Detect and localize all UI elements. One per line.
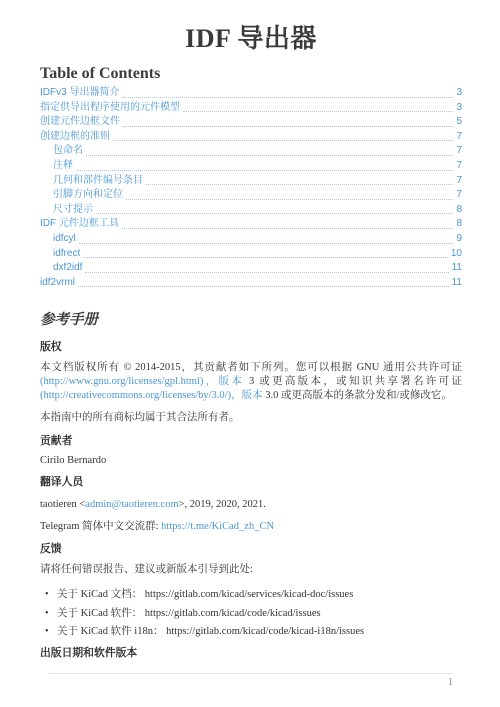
toc-dots bbox=[123, 126, 453, 127]
toc-entry-link[interactable]: dxf2idf bbox=[53, 261, 82, 276]
trademark-note: 本指南中的所有商标均属于其合法所有者。 bbox=[40, 411, 462, 425]
toc-entry-link[interactable]: 注释 bbox=[53, 159, 73, 174]
toc-list: IDFv3 导出器简介3指定供导出程序使用的元件模型3创建元件边框文件5创建边框… bbox=[40, 86, 462, 290]
document-page: IDF 导出器 Table of Contents IDFv3 导出器简介3指定… bbox=[0, 0, 500, 707]
publication-heading: 出版日期和软件版本 bbox=[40, 647, 462, 660]
contributors-heading: 贡献者 bbox=[40, 435, 462, 448]
toc-entry[interactable]: idfcyl9 bbox=[40, 232, 462, 247]
toc-entry-link[interactable]: idfcyl bbox=[53, 232, 76, 247]
toc-page-number[interactable]: 8 bbox=[456, 217, 462, 232]
text-segment: Telegram 简体中文交流群: bbox=[40, 521, 161, 532]
toc-entry[interactable]: 尺寸提示8 bbox=[40, 203, 462, 218]
toc-page-number[interactable]: 7 bbox=[456, 188, 462, 203]
toc-dots bbox=[122, 228, 454, 229]
toc-page-number[interactable]: 7 bbox=[456, 130, 462, 145]
toc-page-number[interactable]: 9 bbox=[456, 232, 462, 247]
toc-dots bbox=[86, 155, 453, 156]
toc-heading: Table of Contents bbox=[40, 64, 462, 83]
toc-entry-link[interactable]: 创建边框的准则 bbox=[40, 130, 110, 145]
feedback-heading: 反馈 bbox=[40, 543, 462, 556]
toc-page-number[interactable]: 3 bbox=[456, 86, 462, 101]
toc-entry[interactable]: 几何和部件编号条目7 bbox=[40, 174, 462, 189]
toc-entry[interactable]: 指定供导出程序使用的元件模型3 bbox=[40, 101, 462, 116]
text-segment: 3.0 或更高版本的条款分发和/或修改它。 bbox=[263, 390, 452, 401]
toc-entry-link[interactable]: 指定供导出程序使用的元件模型 bbox=[40, 101, 180, 116]
toc-dots bbox=[146, 184, 453, 185]
toc-entry-link[interactable]: 引脚方向和定位 bbox=[53, 188, 123, 203]
link[interactable]: (http://creativecommons.org/licenses/by/… bbox=[40, 390, 263, 401]
copyright-paragraph: 本文档版权所有 © 2014-2015，其贡献者如下所列。您可以根据 GNU 通… bbox=[40, 361, 462, 403]
text-segment: taotieren < bbox=[40, 499, 85, 510]
toc-page-number[interactable]: 11 bbox=[452, 276, 462, 291]
toc-dots bbox=[126, 199, 453, 200]
reference-manual-heading: 参考手册 bbox=[40, 312, 462, 329]
toc-dots bbox=[122, 97, 453, 98]
toc-entry[interactable]: idf2vrml11 bbox=[40, 276, 462, 291]
page-footer: 1 bbox=[49, 673, 453, 689]
toc-entry-link[interactable]: 尺寸提示 bbox=[53, 203, 93, 218]
toc-entry-link[interactable]: 创建元件边框文件 bbox=[40, 115, 120, 130]
footer-page-number: 1 bbox=[49, 677, 453, 689]
toc-entry-link[interactable]: 几何和部件编号条目 bbox=[53, 174, 143, 189]
toc-dots bbox=[96, 213, 453, 214]
link[interactable]: https://t.me/KiCad_zh_CN bbox=[161, 521, 274, 532]
toc-dots bbox=[85, 272, 448, 273]
toc-dots bbox=[79, 243, 454, 244]
contributor-name: Cirilo Bernardo bbox=[40, 454, 462, 468]
toc-entry[interactable]: dxf2idf11 bbox=[40, 261, 462, 276]
toc-dots bbox=[78, 286, 449, 287]
link[interactable]: (http://www.gnu.org/licenses/gpl.html)，版… bbox=[40, 376, 244, 387]
text-segment: 3 或更高版本，或知识共享署名许可证 bbox=[244, 376, 462, 387]
toc-entry-link[interactable]: IDFv3 导出器简介 bbox=[40, 86, 119, 101]
toc-entry[interactable]: 注释7 bbox=[40, 159, 462, 174]
feedback-list-item: 关于 KiCad 软件 i18n： https://gitlab.com/kic… bbox=[40, 625, 462, 639]
toc-page-number[interactable]: 11 bbox=[452, 261, 462, 276]
toc-entry[interactable]: idfrect10 bbox=[40, 247, 462, 262]
toc-entry[interactable]: 创建边框的准则7 bbox=[40, 130, 462, 145]
toc-page-number[interactable]: 3 bbox=[456, 101, 462, 116]
toc-dots bbox=[183, 111, 453, 112]
toc-page-number[interactable]: 7 bbox=[456, 159, 462, 174]
toc-entry-link[interactable]: idfrect bbox=[53, 247, 80, 262]
toc-entry[interactable]: 包命名7 bbox=[40, 144, 462, 159]
toc-entry-link[interactable]: 包命名 bbox=[53, 144, 83, 159]
feedback-list-item: 关于 KiCad 软件： https://gitlab.com/kicad/co… bbox=[40, 607, 462, 621]
toc-entry[interactable]: 创建元件边框文件5 bbox=[40, 115, 462, 130]
toc-entry[interactable]: IDFv3 导出器简介3 bbox=[40, 86, 462, 101]
copyright-heading: 版权 bbox=[40, 341, 462, 354]
toc-page-number[interactable]: 10 bbox=[451, 247, 462, 262]
toc-entry-link[interactable]: IDF 元件边框工具 bbox=[40, 217, 119, 232]
feedback-list: 关于 KiCad 文档： https://gitlab.com/kicad/se… bbox=[40, 588, 462, 639]
toc-page-number[interactable]: 5 bbox=[456, 115, 462, 130]
toc-entry[interactable]: 引脚方向和定位7 bbox=[40, 188, 462, 203]
toc-page-number[interactable]: 8 bbox=[456, 203, 462, 218]
feedback-list-item: 关于 KiCad 文档： https://gitlab.com/kicad/se… bbox=[40, 588, 462, 602]
link[interactable]: admin@taotieren.com bbox=[85, 499, 178, 510]
toc-entry-link[interactable]: idf2vrml bbox=[40, 276, 75, 291]
telegram-line: Telegram 简体中文交流群: https://t.me/KiCad_zh_… bbox=[40, 520, 462, 534]
toc-page-number[interactable]: 7 bbox=[456, 144, 462, 159]
toc-dots bbox=[76, 170, 453, 171]
toc-dots bbox=[83, 257, 448, 258]
toc-entry[interactable]: IDF 元件边框工具8 bbox=[40, 217, 462, 232]
feedback-intro: 请将任何错误报告、建议或新版本引导到此处: bbox=[40, 563, 462, 577]
toc-page-number[interactable]: 7 bbox=[456, 174, 462, 189]
translators-line: taotieren <admin@taotieren.com>, 2019, 2… bbox=[40, 498, 462, 512]
text-segment: >, 2019, 2020, 2021. bbox=[179, 499, 266, 510]
toc-dots bbox=[113, 140, 453, 141]
translators-heading: 翻译人员 bbox=[40, 476, 462, 489]
document-title: IDF 导出器 bbox=[40, 24, 462, 54]
text-segment: 本文档版权所有 © 2014-2015，其贡献者如下所列。您可以根据 GNU 通… bbox=[40, 362, 462, 373]
page-content: IDF 导出器 Table of Contents IDFv3 导出器简介3指定… bbox=[0, 24, 500, 660]
